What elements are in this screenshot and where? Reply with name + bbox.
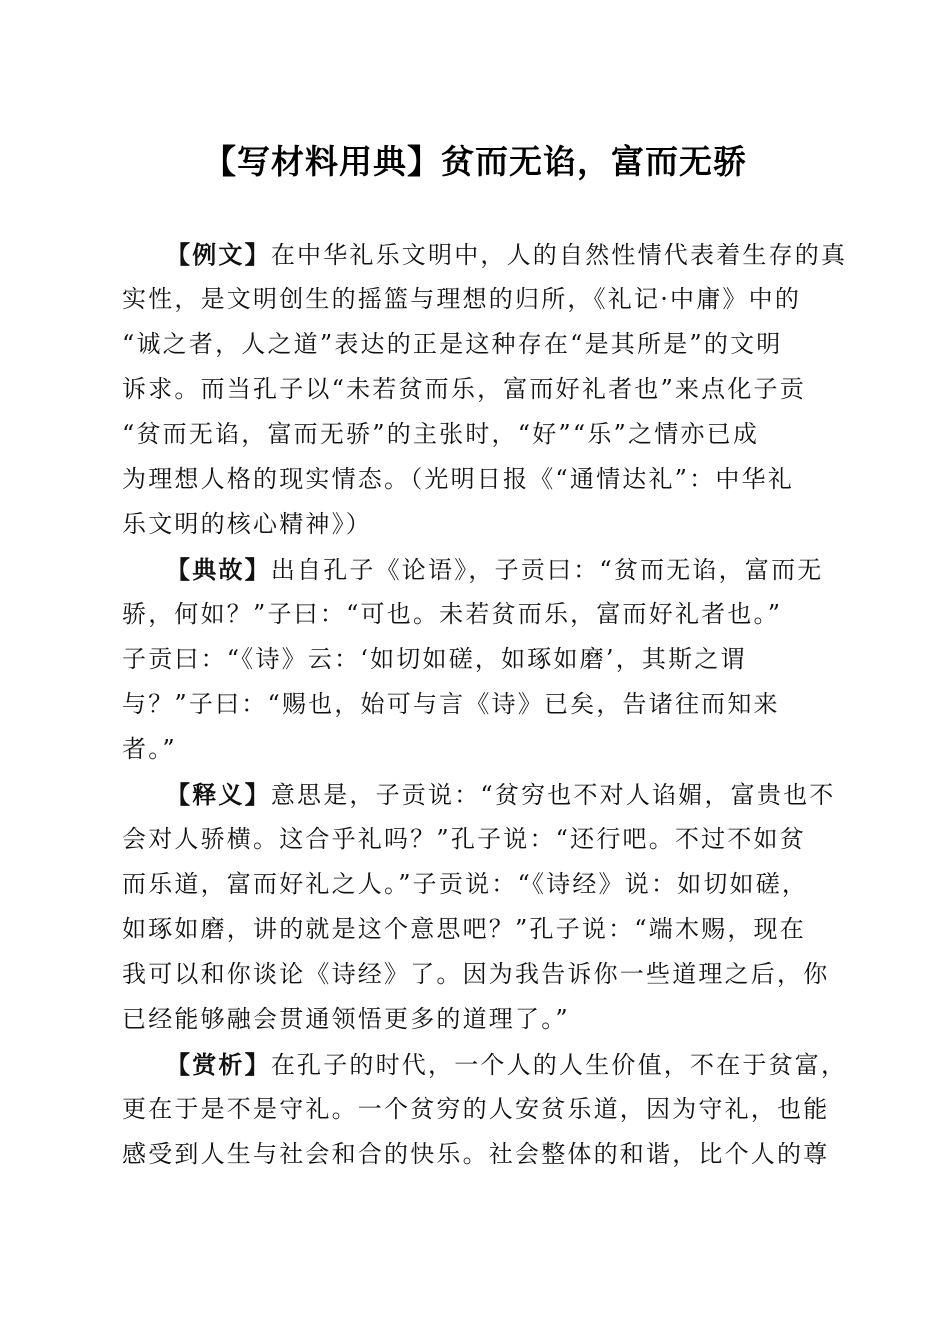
text-line: 在中华礼乐文明中，人的自然性情代表着生存的真 (271, 241, 847, 269)
text-line: 在孔子的时代，一个人的人生价值，不在于贫富， (271, 1051, 847, 1079)
document-page: 【写材料用典】贫而无谄，富而无骄 【例文】在中华礼乐文明中，人的自然性情代表着生… (0, 0, 950, 1344)
text-line: 如琢如磨，讲的就是这个意思吧？”孔子说：“端木赐，现在 (122, 907, 832, 952)
paragraph-first-line: 【例文】在中华礼乐文明中，人的自然性情代表着生存的真 (122, 232, 832, 277)
text-line: 诉求。而当孔子以“未若贫而乐，富而好礼者也”来点化子贡 (122, 367, 832, 412)
text-line: 实性，是文明创生的摇篮与理想的归所，《礼记·中庸》中的 (122, 277, 832, 322)
text-line: 出自孔子《论语》，子贡曰：“贫而无谄，富而无 (271, 556, 824, 584)
text-line: 意思是，子贡说：“贫穷也不对人谄媚，富贵也不 (271, 781, 836, 809)
text-line: 为理想人格的现实情态。（光明日报《“通情达礼”：中华礼 (122, 457, 832, 502)
section-example: 【例文】在中华礼乐文明中，人的自然性情代表着生存的真 实性，是文明创生的摇篮与理… (122, 232, 832, 547)
text-line: 感受到人生与社会和合的快乐。社会整体的和谐，比个人的尊 (122, 1132, 832, 1177)
section-tag: 【典故】 (166, 555, 271, 584)
text-line: 骄，何如？”子曰：“可也。未若贫而乐，富而好礼者也。” (122, 592, 832, 637)
text-line: 更在于是不是守礼。一个贫穷的人安贫乐道，因为守礼，也能 (122, 1087, 832, 1132)
text-line: 者。” (122, 727, 832, 772)
section-tag: 【释义】 (166, 780, 271, 809)
section-tag: 【赏析】 (166, 1050, 271, 1079)
section-allusion: 【典故】出自孔子《论语》，子贡曰：“贫而无谄，富而无 骄，何如？”子曰：“可也。… (122, 547, 832, 772)
text-line: 已经能够融会贯通领悟更多的道理了。” (122, 997, 832, 1042)
text-line: 乐文明的核心精神》） (122, 502, 832, 547)
document-body: 【例文】在中华礼乐文明中，人的自然性情代表着生存的真 实性，是文明创生的摇篮与理… (122, 232, 832, 1177)
section-appreciation: 【赏析】在孔子的时代，一个人的人生价值，不在于贫富， 更在于是不是守礼。一个贫穷… (122, 1042, 832, 1177)
text-line: 与？”子曰：“赐也，始可与言《诗》已矣，告诸往而知来 (122, 682, 832, 727)
paragraph-first-line: 【释义】意思是，子贡说：“贫穷也不对人谄媚，富贵也不 (122, 772, 832, 817)
text-line: “贫而无谄，富而无骄”的主张时，“好”“乐”之情亦已成 (122, 412, 832, 457)
paragraph-first-line: 【赏析】在孔子的时代，一个人的人生价值，不在于贫富， (122, 1042, 832, 1087)
text-line: 我可以和你谈论《诗经》了。因为我告诉你一些道理之后，你 (122, 952, 832, 997)
section-tag: 【例文】 (166, 240, 271, 269)
section-interpretation: 【释义】意思是，子贡说：“贫穷也不对人谄媚，富贵也不 会对人骄横。这合乎礼吗？”… (122, 772, 832, 1042)
text-line: 子贡曰：“《诗》云：‘如切如磋，如琢如磨’，其斯之谓 (122, 637, 832, 682)
text-line: “诚之者，人之道”表达的正是这种存在“是其所是”的文明 (122, 322, 832, 367)
text-line: 而乐道，富而好礼之人。”子贡说：“《诗经》说：如切如磋， (122, 862, 832, 907)
text-line: 会对人骄横。这合乎礼吗？”孔子说：“还行吧。不过不如贫 (122, 817, 832, 862)
document-title: 【写材料用典】贫而无谄，富而无骄 (0, 136, 950, 183)
paragraph-first-line: 【典故】出自孔子《论语》，子贡曰：“贫而无谄，富而无 (122, 547, 832, 592)
